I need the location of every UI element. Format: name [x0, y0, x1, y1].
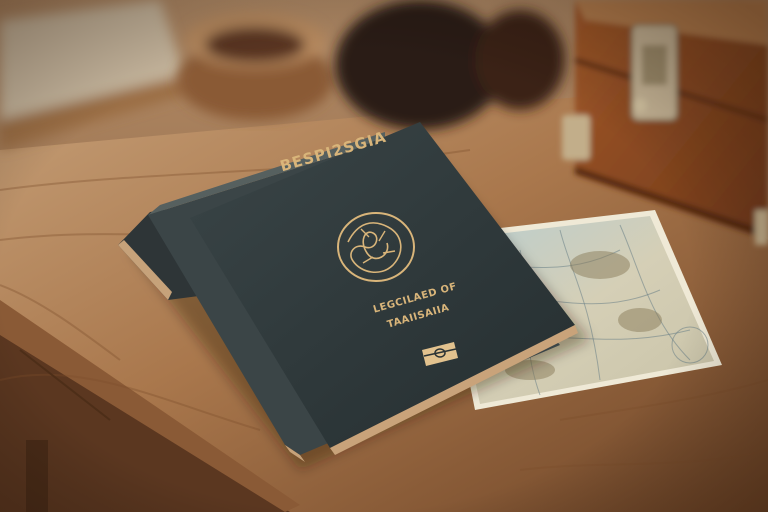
blurred-wooden-bowl	[177, 12, 333, 120]
photo-scene: BESPI2SGIA LEGCILAED OF TAAIISAIIA	[0, 0, 768, 512]
scene-illustration	[0, 0, 768, 512]
